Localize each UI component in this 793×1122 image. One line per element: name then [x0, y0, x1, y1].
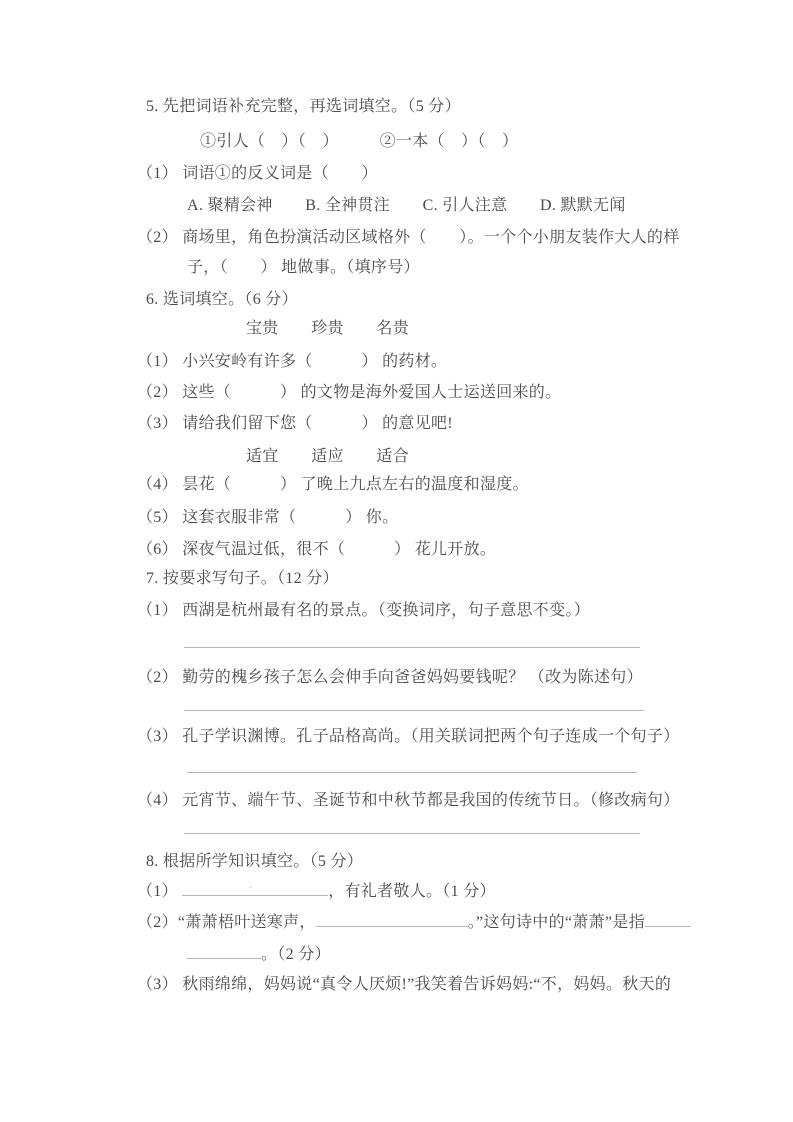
q6-sub3: （3） 请给我们留下您（ ） 的意见吧! [137, 413, 453, 435]
q6-sub4: （4） 昙花（ ） 了晚上九点左右的温度和湿度。 [137, 474, 529, 496]
q8-sub1: （1） .，有礼者敬人。（1 分） [137, 880, 496, 903]
q6-title: 6. 选词填空。（6 分） [146, 289, 298, 311]
exam-page: 5. 先把词语补充完整，再选词填空。（5 分） ①引人（ ）（ ） ②一本（ ）… [0, 0, 793, 1122]
q8-sub2-blank-2 [645, 911, 691, 927]
q5-sub1: （1） 词语①的反义词是（ ） [137, 163, 378, 185]
q6-word-bank-1: 宝贵 珍贵 名贵 [246, 318, 409, 340]
q7-sub4: （4） 元宵节、端午节、圣诞节和中秋节都是我国的传统节日。（修改病句） [137, 790, 680, 812]
q8-sub2-continuation: 。（2 分） [187, 943, 331, 966]
q7-sub1: （1） 西湖是杭州最有名的景点。（变换词序，句子意思不变。） [137, 600, 590, 622]
q8-sub2-prefix: （2）“萧萧梧叶送寒声， [137, 914, 316, 931]
q8-sub1-suffix: ，有礼者敬人。（1 分） [328, 883, 496, 900]
q6-sub6: （6） 深夜气温过低，很不（ ） 花儿开放。 [137, 539, 496, 561]
q5-sub2-line1: （2） 商场里，角色扮演活动区域格外（ ）。一个个小朋友装作大人的样 [137, 227, 680, 249]
q6-sub5: （5） 这套衣服非常（ ） 你。 [137, 507, 398, 529]
q8-sub1-blank: . [182, 880, 328, 896]
q7-sub3: （3） 孔子学识渊博。孔子品格高尚。（用关联词把两个句子连成一个句子） [137, 726, 680, 748]
q7-answer-line-2 [184, 710, 644, 711]
q8-sub1-prefix: （1） [137, 883, 182, 900]
q8-sub3: （3） 秋雨绵绵，妈妈说“真令人厌烦!”我笑着告诉妈妈:“不，妈妈。秋天的 [137, 974, 671, 996]
q8-sub2: （2）“萧萧梧叶送寒声，。”这句诗中的“萧萧”是指 [137, 911, 691, 934]
q6-sub1: （1） 小兴安岭有许多（ ） 的药材。 [137, 351, 447, 373]
q7-answer-line-1 [184, 647, 640, 648]
q7-answer-line-3 [187, 772, 637, 773]
q7-title: 7. 按要求写句子。（12 分） [146, 568, 339, 590]
q8-sub2-cont-suffix: 。（2 分） [261, 946, 331, 963]
q8-sub2-blank-1 [316, 911, 468, 927]
blank-separator-dot: . [249, 875, 252, 897]
q7-sub2: （2） 勤劳的槐乡孩子怎么会伸手向爸爸妈妈要钱呢？ （改为陈述句） [137, 667, 643, 689]
q8-sub2-blank-3 [187, 943, 261, 959]
q5-sub2-line2: 子，（ ） 地做事。（填序号） [187, 257, 420, 279]
q7-answer-line-4 [184, 833, 640, 834]
q6-sub2: （2） 这些（ ） 的文物是海外爱国人士运送回来的。 [137, 382, 561, 404]
q5-title: 5. 先把词语补充完整，再选词填空。（5 分） [146, 96, 461, 118]
q5-word-completion: ①引人（ ）（ ） ②一本（ ）（ ） [200, 131, 518, 153]
q6-word-bank-2: 适宜 适应 适合 [246, 446, 409, 468]
q5-options: A. 聚精会神 B. 全神贯注 C. 引人注意 D. 默默无闻 [187, 195, 626, 217]
q8-title: 8. 根据所学知识填空。（5 分） [146, 851, 363, 873]
q8-sub2-mid: 。”这句诗中的“萧萧”是指 [468, 914, 645, 931]
